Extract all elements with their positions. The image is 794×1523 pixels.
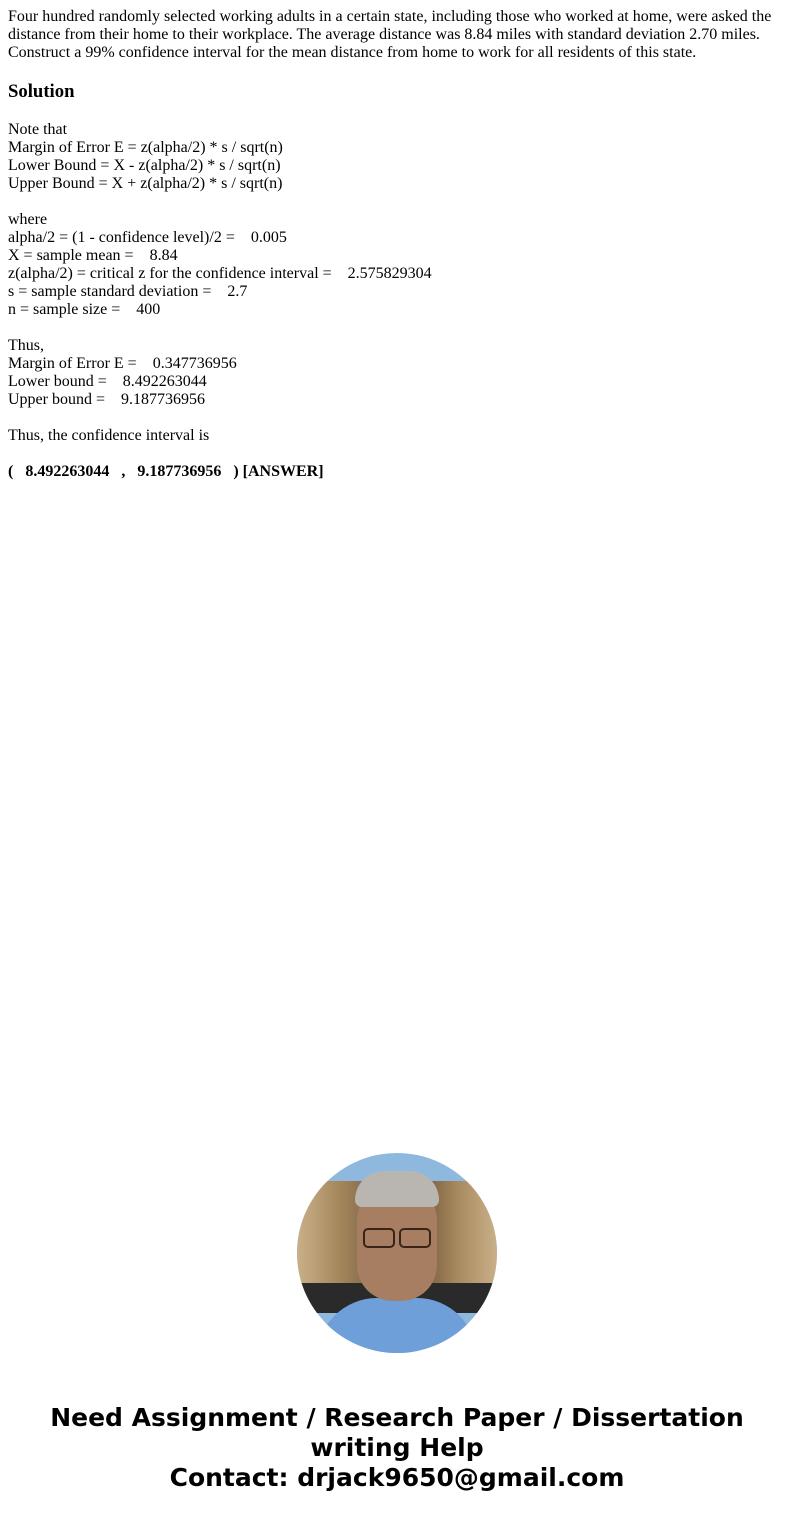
- promo-contact: Contact: drjack9650@gmail.com: [0, 1463, 794, 1493]
- definition-sample-mean: X = sample mean = 8.84: [8, 247, 786, 265]
- definition-critical-z: z(alpha/2) = critical z for the confiden…: [8, 265, 786, 283]
- spacer: [8, 409, 786, 427]
- promo-line-1: Need Assignment / Research Paper / Disse…: [0, 1403, 794, 1433]
- result-upper-bound: Upper bound = 9.187736956: [8, 391, 786, 409]
- solution-body: Note that Margin of Error E = z(alpha/2)…: [8, 121, 786, 481]
- formula-lower-bound: Lower Bound = X - z(alpha/2) * s / sqrt(…: [8, 157, 786, 175]
- formula-margin-of-error: Margin of Error E = z(alpha/2) * s / sqr…: [8, 139, 786, 157]
- note-that-text: Note that: [8, 121, 786, 139]
- conclusion-text: Thus, the confidence interval is: [8, 427, 786, 445]
- spacer: [8, 193, 786, 211]
- where-text: where: [8, 211, 786, 229]
- spacer: [8, 445, 786, 463]
- thus-text: Thus,: [8, 337, 786, 355]
- question-text: Four hundred randomly selected working a…: [8, 8, 786, 62]
- formula-upper-bound: Upper Bound = X + z(alpha/2) * s / sqrt(…: [8, 175, 786, 193]
- promo-banner: Need Assignment / Research Paper / Disse…: [0, 1403, 794, 1493]
- result-lower-bound: Lower bound = 8.492263044: [8, 373, 786, 391]
- glasses-icon: [363, 1228, 431, 1246]
- definition-alpha: alpha/2 = (1 - confidence level)/2 = 0.0…: [8, 229, 786, 247]
- spacer: [8, 319, 786, 337]
- avatar-hair: [355, 1171, 439, 1207]
- solution-heading: Solution: [8, 81, 74, 103]
- definition-std-dev: s = sample standard deviation = 2.7: [8, 283, 786, 301]
- author-avatar: [297, 1153, 497, 1353]
- promo-line-2: writing Help: [0, 1433, 794, 1463]
- definition-sample-size: n = sample size = 400: [8, 301, 786, 319]
- answer-text: ( 8.492263044 , 9.187736956 ) [ANSWER]: [8, 463, 786, 481]
- result-margin-of-error: Margin of Error E = 0.347736956: [8, 355, 786, 373]
